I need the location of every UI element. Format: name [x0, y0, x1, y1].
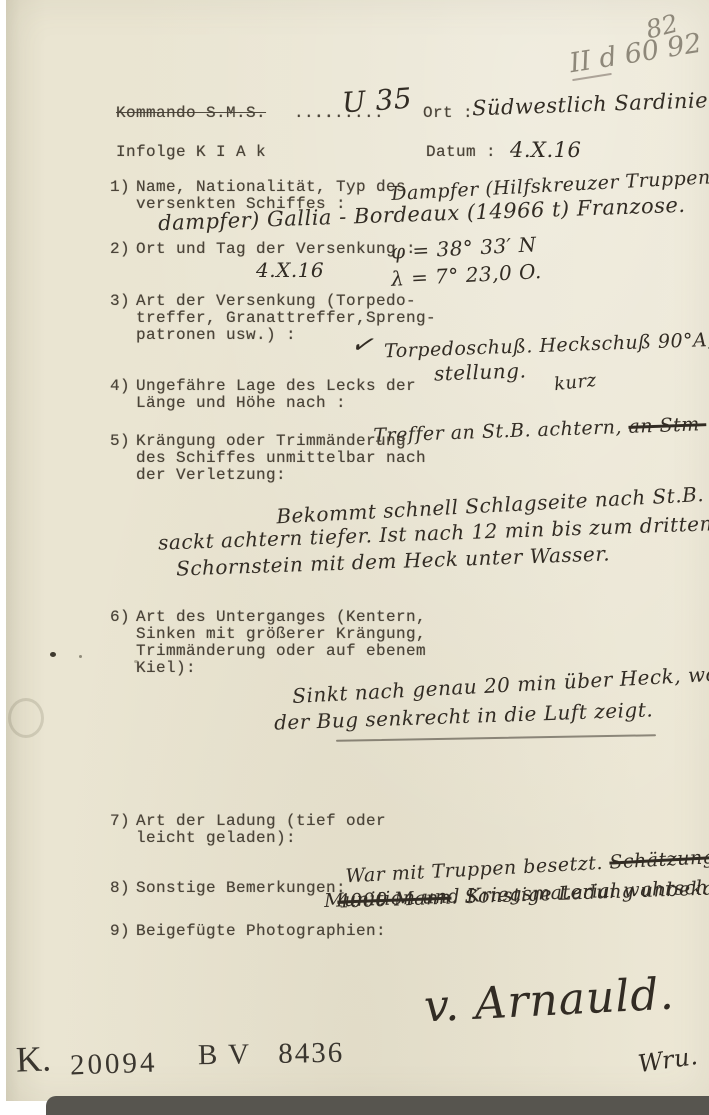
ink-speck-3: [134, 660, 138, 663]
datum-label: Datum :: [426, 143, 496, 161]
item4-label-line2: Länge und Höhe nach :: [136, 394, 346, 412]
item6-label-line4: Kiel):: [136, 659, 196, 677]
corner-initials: Wru.: [636, 1042, 699, 1078]
item6-label-line2: Sinken mit größerer Krängung,: [136, 625, 426, 643]
item3-answer-line2: stellung.: [434, 358, 527, 385]
item2-longitude-value: λ = 7° 23,0 O.: [390, 259, 542, 291]
item5-label-line2: des Schiffes unmittelbar nach: [136, 449, 426, 467]
item6-label-line1: Art des Unterganges (Kentern,: [136, 608, 426, 626]
item3-label-line1: Art der Versenkung (Torpedo-: [136, 292, 416, 310]
item3-label-line2: treffer, Granattreffer,Spreng-: [136, 309, 436, 327]
item7-label-line1: Art der Ladung (tief oder: [136, 812, 386, 830]
item9-number: 9): [110, 922, 130, 940]
item4-answer-struck: an Stm: [628, 413, 707, 438]
item9-label-line1: Beigefügte Photographien:: [136, 922, 386, 940]
commander-signature: v. Arnauld.: [423, 968, 676, 1032]
item4-label-line1: Ungefähre Lage des Lecks der: [136, 377, 416, 395]
checkmark-icon: ✓: [349, 328, 376, 361]
scanned-document: 82 II d 60 92 Kommando S.M.S. .... U 35 …: [0, 0, 709, 1115]
pencil-registry-note: II d 60 92: [567, 28, 703, 79]
ink-speck-2: [79, 655, 82, 658]
item1-number: 1): [110, 178, 130, 196]
item3-number: 3): [110, 292, 130, 310]
datum-value: 4.X.16: [510, 138, 581, 162]
item7-number: 7): [110, 812, 130, 830]
punch-hole-mark: [8, 698, 44, 738]
kommando-label: Kommando S.M.S.: [116, 104, 266, 122]
item7-label-line2: leicht geladen):: [136, 829, 296, 847]
item8-number: 8): [110, 879, 130, 897]
ort-label: Ort :: [423, 104, 473, 122]
ort-value: Südwestlich Sardinien: [472, 88, 709, 121]
item2-number: 2): [110, 240, 130, 258]
item5-label-line3: der Verletzung:: [136, 466, 286, 484]
item3-answer-line1: Torpedoschuß. Heckschuß 90°A, 3 m Tiefen…: [384, 324, 709, 363]
stamp-k: K.: [15, 1037, 51, 1080]
document-sheet: 82 II d 60 92 Kommando S.M.S. .... U 35 …: [6, 0, 709, 1101]
dotted-line-right: .......: [314, 104, 384, 122]
item3-label-line3: patronen usw.) :: [136, 326, 296, 344]
stamp-bv-number: B V 8436: [198, 1037, 345, 1073]
item5-number: 5): [110, 432, 130, 450]
scan-bottom-shadow: [46, 1096, 709, 1115]
ink-speck-1: [50, 652, 56, 657]
stamp-k-number: 20094: [69, 1046, 158, 1082]
item4-inserted-word: kurz: [553, 370, 598, 395]
item2-latitude-value: φ = 38° 33′ N: [390, 232, 537, 264]
item4-number: 4): [110, 377, 130, 395]
item5-label-line1: Krängung oder Trimmänderung: [136, 432, 406, 450]
item6-number: 6): [110, 608, 130, 626]
item1-label-line1: Name, Nationalität, Typ des: [136, 178, 406, 196]
item6-hand-underline: [336, 734, 656, 742]
infolge-label: Infolge K I A k: [116, 143, 266, 161]
item2-date-value: 4.X.16: [256, 258, 324, 282]
item2-label-line1: Ort und Tag der Versenkung :: [136, 240, 416, 258]
item8-label-line1: Sonstige Bemerkungen:: [136, 879, 346, 897]
item6-label-line3: Trimmänderung oder auf ebenem: [136, 642, 426, 660]
item4-answer-prefix: Treffer an St.B. achtern,: [373, 416, 629, 447]
